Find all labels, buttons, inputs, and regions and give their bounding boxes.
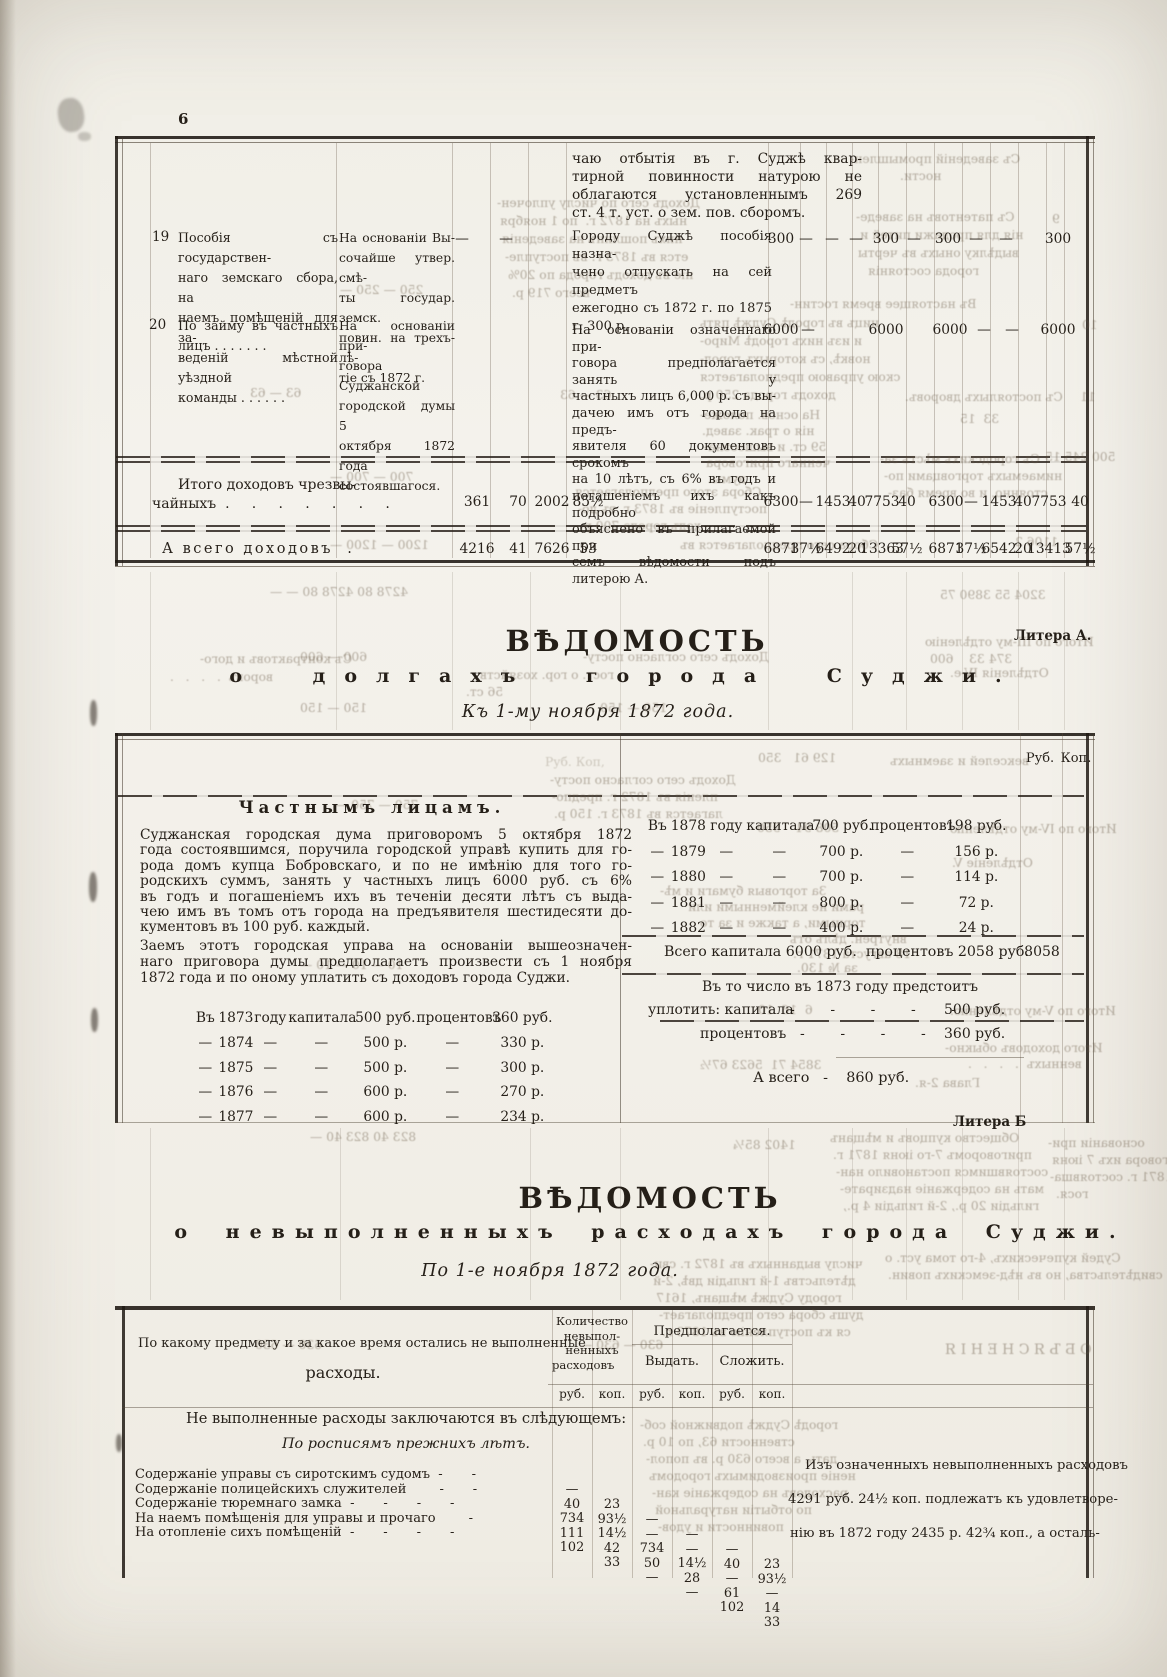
- schedule-cell-capital: 700 р.: [812, 844, 870, 860]
- text-line: сочайше утвер. смѣ-: [339, 248, 455, 288]
- schedule-cell: процентовъ: [416, 1010, 488, 1026]
- bleedthrough-text: 245 15: [1045, 450, 1088, 464]
- schedule-cell: —: [416, 1084, 488, 1100]
- schedule-cell: —: [416, 1109, 488, 1125]
- table-border: [115, 733, 118, 1123]
- edge-mark: [90, 700, 97, 726]
- schedule-cell-year: 1874: [218, 1035, 252, 1051]
- schedule-cell: —: [644, 869, 670, 885]
- amount-cell: —: [977, 322, 991, 338]
- expense-header-writeoff: Сложить.: [719, 1354, 784, 1369]
- amount-cell: —: [907, 231, 921, 247]
- expense-issue-rub: —: [646, 1527, 659, 1542]
- amount-cell: 40: [1071, 494, 1089, 510]
- column-line: [852, 572, 853, 730]
- schedule-cell: —: [252, 1060, 288, 1076]
- amount-cell: 6000: [763, 322, 798, 338]
- bleedthrough-text: 374 33 600: [930, 652, 1012, 666]
- schedule-cell: капитала: [746, 818, 812, 834]
- expense-writeoff-kop: 23: [764, 1557, 780, 1572]
- income-continuation-note: чаю отбытія въ г. Суджѣ квар-тирной пови…: [572, 150, 862, 222]
- bleedthrough-text: 823 40 823 40 —: [310, 1130, 416, 1144]
- schedule-row: Въ1873годукапитала500 руб.процентовъ360 …: [166, 994, 556, 1019]
- text-line: чею имъ въ томъ отъ города на предъявите…: [140, 905, 632, 920]
- debt-statement-subtitle: о долгахъ города Суджи.: [229, 665, 1020, 687]
- amount-cell: —: [825, 231, 839, 247]
- amount-cell: 6300: [763, 494, 798, 510]
- bleedthrough-text: 10: [1082, 318, 1098, 332]
- expense-statement-date: По 1-е ноября 1872 года.: [421, 1261, 679, 1281]
- bleedthrough-text: числу выданныхъ въ 1872 г. сви-: [650, 1257, 863, 1271]
- text-line: команды . . . . . .: [178, 388, 338, 408]
- schedule-cell: —: [288, 1060, 354, 1076]
- schedule-cell: —: [192, 1035, 218, 1051]
- bleedthrough-text: Съ контрактовъ и дого-: [200, 652, 352, 666]
- schedule-cell-capital: 700 руб.: [812, 818, 870, 834]
- bleedthrough-text: Итого доходовъ обыкно-: [945, 1041, 1103, 1055]
- page-number: 6: [178, 110, 188, 128]
- amount-cell: 300: [935, 231, 961, 247]
- column-line: [1064, 572, 1065, 730]
- schedule-cell: —: [746, 844, 812, 860]
- schedule-cell: Въ: [192, 1010, 218, 1026]
- debt-pay-value: 500 руб.: [944, 1002, 1005, 1018]
- text-line: Городу Суджѣ пособія назна-: [572, 228, 772, 264]
- debt-paragraph-2: Заемъ этотъ городская управа на основані…: [140, 938, 632, 986]
- schedule-cell-year: 1879: [670, 844, 706, 860]
- schedule-cell: —: [644, 920, 670, 936]
- income-row-note: На основаніи означеннаго при-говора пред…: [572, 323, 776, 589]
- bleedthrough-text: городѣ Суджѣ подвижной соб-: [640, 1418, 838, 1432]
- column-line: [150, 1128, 151, 1300]
- schedule-cell: —: [644, 895, 670, 911]
- edge-mark: [91, 1008, 98, 1032]
- text-line: По займу въ частныхъ: [178, 316, 338, 336]
- schedule-cell-capital: 600 р.: [354, 1084, 416, 1100]
- amount-cell: 40: [848, 494, 866, 510]
- expense-qty-kop: 33: [604, 1555, 620, 1570]
- column-line: [150, 143, 151, 558]
- schedule-cell-year: 1875: [218, 1060, 252, 1076]
- income-row-number: 19: [152, 229, 169, 245]
- text-line: Количество: [552, 1314, 632, 1329]
- table-border: [1086, 733, 1089, 1123]
- bleedthrough-text: Въ настоящее время гостин-: [790, 297, 976, 311]
- expense-issue-kop: —: [686, 1542, 699, 1557]
- debt-interest-label: процентовъ: [700, 1026, 786, 1042]
- schedule-cell: —: [288, 1109, 354, 1125]
- text-line: ежегодно съ 1872 г. по 1875: [572, 300, 772, 318]
- schedule-cell: —: [252, 1109, 288, 1125]
- text-line: говора Суджанской: [339, 356, 455, 396]
- income-row-note: Городу Суджѣ пособія назна-чено отпускат…: [572, 228, 772, 336]
- bleedthrough-text: состоявшимся постановило нан-: [836, 1165, 1048, 1179]
- schedule-cell: —: [644, 844, 670, 860]
- schedule-cell: —: [706, 895, 746, 911]
- debt-schedule-1878-1882: Въ1878годукапитала700 руб.процентовъ198 …: [618, 802, 1008, 930]
- amount-cell: —: [799, 231, 813, 247]
- debt-interest-dashes: - - - -: [800, 1026, 926, 1042]
- schedule-cell: —: [706, 844, 746, 860]
- expense-intro: Не выполненные расходы заключаются въ сл…: [186, 1410, 626, 1427]
- schedule-cell-year: 1878: [670, 818, 706, 834]
- text-line: чаю отбытія въ г. Суджѣ квар-: [572, 150, 862, 168]
- table-border: [115, 136, 1095, 139]
- expense-qty-rub: 102: [560, 1540, 584, 1555]
- amount-cell: 300: [768, 231, 794, 247]
- expense-note-line: Изъ означенныхъ невыполненныхъ расходовъ: [805, 1458, 1128, 1473]
- currency-subcell: руб.: [639, 1387, 665, 1401]
- table-border: [115, 739, 1095, 740]
- column-line: [150, 572, 151, 730]
- amount-cell: 4216: [459, 541, 494, 557]
- bleedthrough-text: 4278 80 4278 80 — —: [270, 585, 408, 599]
- debt-pay-label: уплотить: капитала: [648, 1002, 794, 1018]
- bleedthrough-text: векселей и заемныхъ: [890, 754, 1029, 768]
- text-line: На основаніи при-: [339, 316, 455, 356]
- text-line: частныхъ лицъ 6,000 р. съ вы-: [572, 389, 776, 406]
- schedule-cell-interest: 234 р.: [488, 1109, 556, 1125]
- bleedthrough-text: Глава 2-я.: [915, 1076, 980, 1090]
- bleedthrough-text: Судей купеческихъ, 4-го тома уст. о: [885, 1251, 1121, 1265]
- expense-writeoff-kop: —: [766, 1586, 779, 1601]
- expense-issue-kop: —: [686, 1585, 699, 1600]
- bleedthrough-text: гильдіи 20 р., 2-й гильдіи 4 р.,: [843, 1199, 1039, 1213]
- text-line: На основаніи Вы-: [339, 228, 455, 248]
- amount-cell: 40: [898, 494, 916, 510]
- amount-cell: —: [964, 494, 978, 510]
- table-border: [1093, 733, 1094, 1123]
- edge-mark: [116, 1434, 122, 1452]
- schedule-cell-year: 1876: [218, 1084, 252, 1100]
- bleedthrough-text: ности.: [900, 169, 941, 183]
- expense-writeoff-kop: 33: [764, 1615, 780, 1630]
- currency-subcell: коп.: [599, 1387, 626, 1401]
- schedule-cell-interest: 114 р.: [944, 869, 1008, 885]
- table-border: [122, 137, 123, 566]
- amount-cell: 300: [1045, 231, 1071, 247]
- schedule-cell: году: [706, 818, 746, 834]
- debt-section-heading: Частнымъ лицамъ.: [239, 798, 506, 817]
- amount-cell: 57½: [892, 541, 923, 557]
- amount-cell: 41: [509, 541, 527, 557]
- amount-cell: —: [799, 494, 813, 510]
- amount-cell: 1453: [981, 494, 1016, 510]
- schedule-cell: —: [192, 1060, 218, 1076]
- bleedthrough-text: свидѣтельства, но въ нѣд-земскихъ повин.: [888, 1268, 1163, 1282]
- text-line: семъ вѣдомости подъ литерою А.: [572, 555, 776, 588]
- schedule-cell-capital: 600 р.: [354, 1109, 416, 1125]
- expense-issue-rub: 734: [640, 1541, 664, 1556]
- expense-header-issue: Выдать.: [645, 1354, 699, 1369]
- schedule-cell-year: 1881: [670, 895, 706, 911]
- schedule-cell-capital: 700 р.: [812, 869, 870, 885]
- schedule-cell: —: [870, 869, 944, 885]
- expense-writeoff-kop: 14: [764, 1601, 780, 1616]
- amount-cell: 70: [509, 494, 527, 510]
- table-border: [115, 136, 118, 566]
- amount-cell: —: [1005, 322, 1019, 338]
- binding-shadow: [0, 0, 16, 1677]
- currency-header-rub: Руб.: [1026, 751, 1054, 766]
- expense-writeoff-rub: —: [726, 1571, 739, 1586]
- amount-cell: 300: [873, 231, 899, 247]
- bleedthrough-text: 56 ст.: [466, 685, 503, 699]
- amount-cell: 7753: [864, 494, 899, 510]
- debt-grand-total: А всего - 860 руб.: [753, 1070, 909, 1086]
- ink-mark: [78, 132, 91, 141]
- bleedthrough-text: 9: [1052, 212, 1060, 226]
- expense-header-proposed: Предполагается.: [654, 1324, 771, 1339]
- text-line: объяснено въ прилагаемой при: [572, 522, 776, 555]
- schedule-cell-interest: 156 р.: [944, 844, 1008, 860]
- schedule-cell: —: [706, 869, 746, 885]
- schedule-cell: процентовъ: [870, 818, 944, 834]
- income-total-label: чайныхъ . . . . . . .: [152, 496, 390, 512]
- column-line: [452, 572, 453, 730]
- table-border: [115, 142, 1095, 143]
- amount-cell: 2002: [534, 494, 569, 510]
- schedule-cell: —: [870, 920, 944, 936]
- schedule-cell-capital: 400 р.: [812, 920, 870, 936]
- text-line: тирной повинности натурою не: [572, 168, 862, 186]
- margin-note-litera-b: Литера Б: [953, 1114, 1026, 1130]
- schedule-cell-capital: 500 р.: [354, 1035, 416, 1051]
- expense-issue-rub: 50: [644, 1556, 660, 1571]
- bleedthrough-text: Общество купцовъ и мѣщанъ: [830, 1131, 1019, 1145]
- bleedthrough-text: городу Суджѣ мѣщанъ, 1617: [656, 1291, 842, 1305]
- debt-schedule-1873-1877: Въ1873годукапитала500 руб.процентовъ360 …: [166, 994, 556, 1118]
- table-border: [1093, 136, 1094, 566]
- amount-cell: 1453: [815, 494, 850, 510]
- text-line: дачею имъ отъ города на предъ-: [572, 406, 776, 439]
- schedule-cell: —: [252, 1035, 288, 1051]
- schedule-cell: —: [416, 1060, 488, 1076]
- amount-cell: —: [801, 322, 815, 338]
- expense-header-subject: По какому предмету и за какое время оста…: [138, 1336, 586, 1351]
- amount-cell: —: [499, 231, 513, 247]
- bleedthrough-text: приговоромъ 7-го іюня 1871 г.: [833, 1148, 1032, 1162]
- amount-cell: 6000: [932, 322, 967, 338]
- schedule-cell: —: [870, 895, 944, 911]
- bleedthrough-text: говора ихъ 7 іюня: [1052, 1153, 1167, 1167]
- schedule-cell-interest: 330 р.: [488, 1035, 556, 1051]
- schedule-cell: —: [288, 1084, 354, 1100]
- debt-pay-dashes: - - - - -: [790, 1002, 956, 1018]
- debt-total-line: Всего капитала 6000 руб. процентовъ 2058…: [664, 944, 1029, 960]
- expense-row: На отопленіе сихъ помѣщеній - - - - 102 …: [0, 1510, 1167, 1525]
- column-line: [906, 572, 907, 730]
- text-line: городской думы 5: [339, 396, 455, 436]
- schedule-cell: —: [416, 1035, 488, 1051]
- schedule-cell-year: 1877: [218, 1109, 252, 1125]
- text-line: Заемъ этотъ городская управа на основані…: [140, 938, 632, 954]
- income-row-basis: На основаніи при-говора Суджанскойгородс…: [339, 316, 455, 496]
- text-line: на 10 лѣтъ, съ 6% въ годъ и: [572, 472, 776, 489]
- amount-cell: 57½: [1065, 541, 1096, 557]
- amount-cell: 7753: [1031, 494, 1066, 510]
- schedule-cell-interest: 198 руб.: [944, 818, 1008, 834]
- header-rule: [548, 1384, 1093, 1385]
- debt-interest-value: 360 руб.: [944, 1026, 1005, 1042]
- text-line: наго земскаго сбора, на: [178, 268, 338, 308]
- header-rule: [122, 1407, 1093, 1408]
- expense-writeoff-rub: —: [726, 1542, 739, 1557]
- expense-issue-kop: 14½: [678, 1556, 707, 1571]
- amount-cell: 6000: [1040, 322, 1075, 338]
- table-border: [122, 733, 123, 1123]
- schedule-cell-interest: 360 руб.: [488, 1010, 556, 1026]
- amount-cell: —: [999, 231, 1013, 247]
- schedule-cell: —: [192, 1084, 218, 1100]
- bleedthrough-text: выдѣлку оныхъ въ черты: [858, 246, 1019, 260]
- edge-mark: [89, 872, 97, 902]
- bleedthrough-text: Съ постоялыхъ дворовъ.: [905, 390, 1063, 404]
- bleedthrough-text: Доходъ сего согласно посту-: [550, 773, 736, 787]
- bleedthrough-text: Руб. Коп,: [545, 755, 605, 769]
- debt-total-sum: 8058: [1024, 944, 1060, 960]
- text-line: говора предполагается занять у: [572, 356, 776, 389]
- schedule-cell: —: [252, 1084, 288, 1100]
- bleedthrough-text: Съ заведеній промышлен-: [850, 152, 1020, 166]
- bleedthrough-text: 1871 г. состоявша-: [1050, 1170, 1167, 1184]
- table-border: [115, 1306, 1095, 1310]
- bleedthrough-text: мать на содержаніе надзирате-: [840, 1182, 1044, 1196]
- expense-issue-rub: —: [646, 1570, 659, 1585]
- bleedthrough-text: основаніи при-: [1048, 1136, 1145, 1150]
- schedule-cell-year: 1873: [218, 1010, 252, 1026]
- schedule-row: Въ1878годукапитала700 руб.процентовъ198 …: [618, 802, 1008, 828]
- expense-row-label: На отопленіе сихъ помѣщеній - - - -: [135, 1525, 454, 1540]
- debt-statement-title: ВѢДОМОСТЬ: [505, 624, 768, 658]
- row-rule: [660, 1020, 1084, 1022]
- schedule-cell-capital: 500 руб.: [354, 1010, 416, 1026]
- income-grand-total-label: А всего доходовъ .: [162, 541, 354, 557]
- schedule-cell: —: [746, 895, 812, 911]
- text-line: ст. 4 т. уст. о зем. пов. сборомъ.: [572, 204, 862, 222]
- expense-qty-rub: 111: [560, 1526, 584, 1541]
- text-line: наго приговора думы предполагаетъ произв…: [140, 954, 632, 970]
- schedule-cell: —: [288, 1035, 354, 1051]
- expense-writeoff-rub: 40: [724, 1557, 740, 1572]
- debt-statement-date: Къ 1-му ноября 1872 года.: [462, 702, 734, 722]
- text-line: облагаются установленнымъ 269: [572, 186, 862, 204]
- amount-cell: —: [969, 231, 983, 247]
- bleedthrough-text: О Б Ъ Я С Н Е Н І Я: [945, 1342, 1091, 1358]
- schedule-cell-interest: 72 р.: [944, 895, 1008, 911]
- bleedthrough-text: ственности 63, по 10 р.: [643, 1435, 795, 1449]
- bleedthrough-text: за № 130.: [797, 961, 858, 975]
- text-line: рода домъ купца Бобровскаго, и по не имѣ…: [140, 859, 632, 874]
- schedule-cell: —: [746, 920, 812, 936]
- table-border: [122, 1306, 125, 1578]
- bleedthrough-text: душъ сбора сего предполагает-: [659, 1308, 863, 1322]
- schedule-cell-interest: 300 р.: [488, 1060, 556, 1076]
- schedule-cell: —: [706, 920, 746, 936]
- bleedthrough-text: венныхъ . . . .: [968, 1057, 1082, 1071]
- schedule-cell-year: 1880: [670, 869, 706, 885]
- bleedthrough-text: гося.: [1056, 1187, 1088, 1201]
- expense-writeoff-rub: 102: [720, 1600, 744, 1615]
- bleedthrough-text: 1402 85¼: [733, 1138, 796, 1152]
- bleedthrough-text: 33 15: [960, 412, 999, 426]
- debt-paragraph-1: Суджанская городская дума приговоромъ 5 …: [140, 828, 632, 936]
- expense-section-heading: По росписямъ прежнихъ лѣтъ.: [282, 1436, 530, 1452]
- text-line: кументовъ въ 100 руб. каждый.: [140, 920, 632, 935]
- expense-header-subject-2: расходы.: [138, 1363, 548, 1382]
- bleedthrough-text: Съ патентовъ на заведе-: [856, 210, 1015, 224]
- expense-issue-kop: —: [686, 1527, 699, 1542]
- amount-cell: —: [849, 231, 863, 247]
- schedule-cell: капитала: [288, 1010, 354, 1026]
- margin-note-litera-a: Литера А.: [1014, 628, 1092, 644]
- expense-statement-subtitle: о невыполненныхъ расходахъ города Суджи.: [174, 1221, 1125, 1243]
- amount-cell: 6300: [928, 494, 963, 510]
- bleedthrough-text: дѣтельствъ 1-й гильдіи двѣ, 2-й: [653, 1274, 856, 1288]
- text-line: въ годъ и погашеніемъ ихъ въ теченіи дес…: [140, 890, 632, 905]
- bleedthrough-text: города состоянія: [868, 264, 979, 278]
- text-line: явителя 60 документовъ срокомъ: [572, 439, 776, 472]
- debt-upcoming-line: Въ то число въ 1873 году предстоитъ: [702, 979, 978, 995]
- expense-note-line: нію въ 1872 году 2435 р. 42¾ коп., а ост…: [790, 1526, 1100, 1541]
- amount-cell: 6542: [981, 541, 1016, 557]
- schedule-cell: году: [252, 1010, 288, 1026]
- schedule-cell-capital: 800 р.: [812, 895, 870, 911]
- text-line: состоявшагося.: [339, 476, 455, 496]
- amount-cell: 53: [579, 541, 597, 557]
- expense-writeoff-kop: 93½: [758, 1572, 787, 1587]
- bleedthrough-text: 3204 55 3890 75: [940, 588, 1046, 602]
- text-line: чено отпускать на сей предметъ: [572, 264, 772, 300]
- text-line: Пособія съ государствен-: [178, 228, 338, 268]
- income-row-number: 20: [149, 317, 166, 333]
- bleedthrough-text: Съ городскихъ мѣстъ за-: [880, 452, 1040, 466]
- expense-issue-kop: 28: [684, 1571, 700, 1586]
- expense-statement-title: ВѢДОМОСТЬ: [518, 1181, 781, 1215]
- schedule-cell-capital: 500 р.: [354, 1060, 416, 1076]
- text-line: На основаніи означеннаго при-: [572, 323, 776, 356]
- text-line: невыпол-: [552, 1329, 632, 1344]
- income-row-subject: По займу въ частныхълицъ . . . . . . .: [178, 316, 338, 356]
- amount-cell: 40: [1014, 494, 1032, 510]
- table-border: [115, 733, 1095, 736]
- schedule-cell-interest: 270 р.: [488, 1084, 556, 1100]
- text-line: расходовъ: [552, 1358, 632, 1373]
- text-line: октября 1872 года: [339, 436, 455, 476]
- scanned-document-page: Съ заведеній промышлен-ности.Съ патентов…: [0, 0, 1167, 1677]
- amount-cell: 85½: [573, 494, 604, 510]
- bleedthrough-text: 500: [1092, 450, 1115, 464]
- schedule-cell: Въ: [644, 818, 670, 834]
- expense-header-quantity: Количествоневыпол-ненныхърасходовъ: [552, 1314, 632, 1372]
- bleedthrough-text: 150 — 150: [300, 701, 367, 715]
- column-line: [340, 1128, 341, 1300]
- currency-subcell: руб.: [559, 1387, 585, 1401]
- expense-writeoff-rub: 61: [724, 1586, 740, 1601]
- schedule-cell: —: [870, 844, 944, 860]
- bleedthrough-text: 129 61 350: [758, 751, 836, 765]
- currency-subcell: коп.: [759, 1387, 786, 1401]
- text-line: года состоявшимся, поручила городской уп…: [140, 843, 632, 858]
- schedule-cell: —: [192, 1109, 218, 1125]
- amount-cell: 361: [464, 494, 490, 510]
- currency-subcell: коп.: [679, 1387, 706, 1401]
- expense-qty-kop: 14½: [598, 1526, 627, 1541]
- bleedthrough-text: нимаемыхъ торговцами по-: [884, 469, 1062, 483]
- currency-header-kop: Коп.: [1061, 751, 1092, 766]
- text-line: 1872 года и по оному уплатить съ доходов…: [140, 970, 632, 986]
- amount-cell: 6492: [815, 541, 850, 557]
